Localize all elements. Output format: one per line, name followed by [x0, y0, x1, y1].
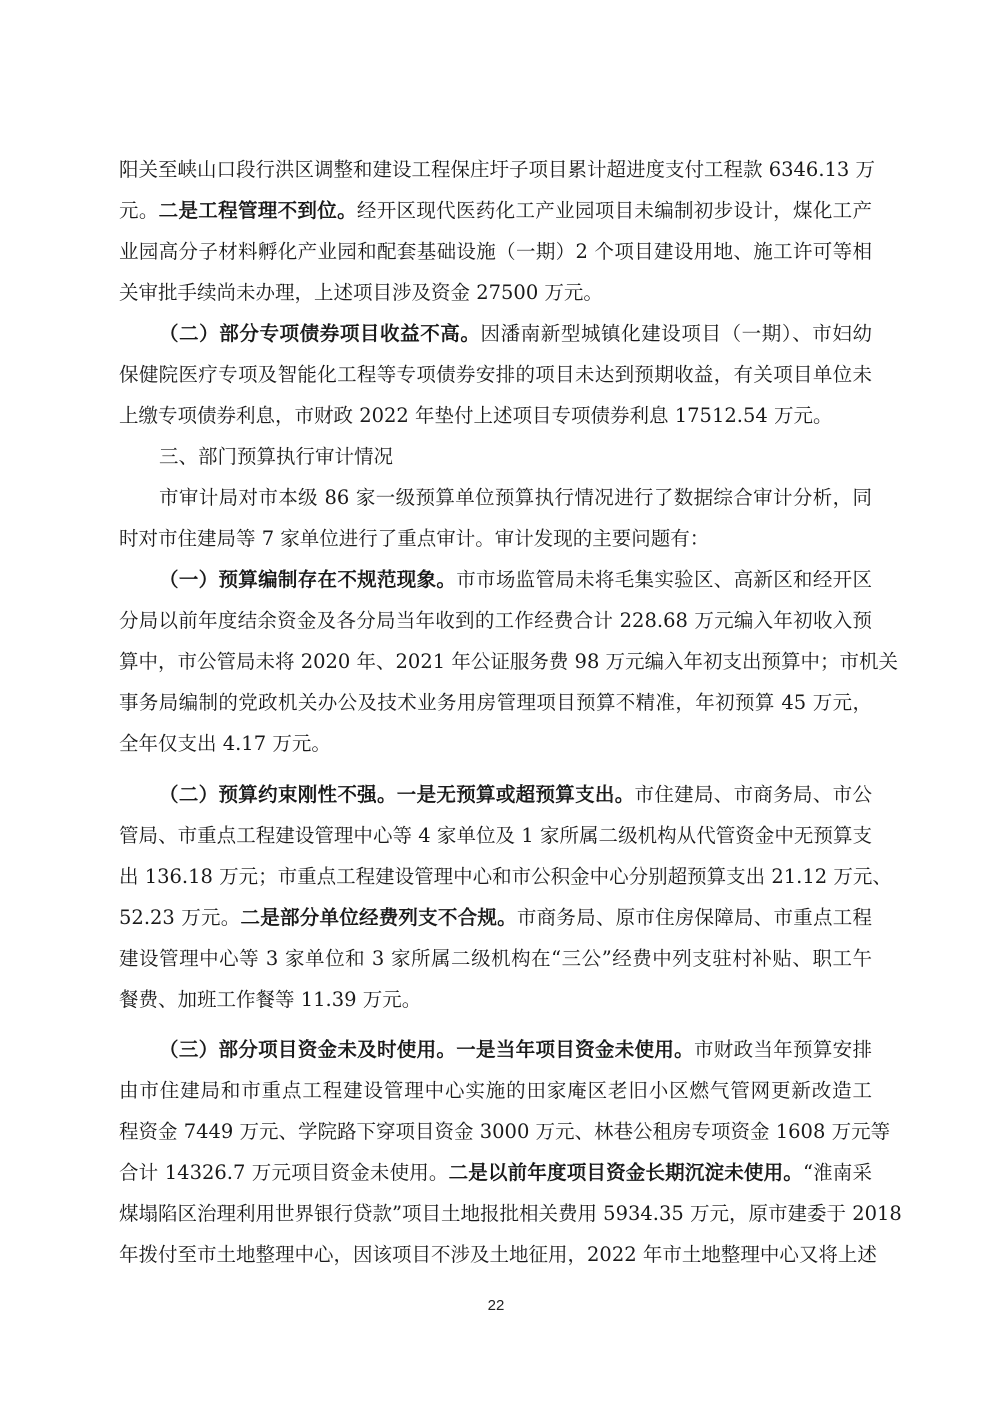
- text-run: 经开区现代医药化工产业园项目未编制初步设计，煤化工产: [357, 199, 872, 222]
- text-line: 事务局编制的党政机关办公及技术业务用房管理项目预算不精准，年初预算 45 万元，: [119, 682, 872, 723]
- text-line: （一）预算编制存在不规范现象。市市场监管局未将毛集实验区、高新区和经开区: [119, 559, 872, 600]
- text-run: 建设管理中心等 3 家单位和 3 家所属二级机构在“三公”经费中列支驻村补贴、职…: [119, 947, 872, 970]
- text-line: 煤塌陷区治理利用世界银行贷款”项目土地报批相关费用 5934.35 万元，原市建…: [119, 1193, 872, 1234]
- text-line: 由市住建局和市重点工程建设管理中心实施的田家庵区老旧小区燃气管网更新改造工: [119, 1070, 872, 1111]
- text-line: 餐费、加班工作餐等 11.39 万元。: [119, 979, 872, 1020]
- text-line: 阳关至峡山口段行洪区调整和建设工程保庄圩子项目累计超进度支付工程款 6346.1…: [119, 149, 872, 190]
- text-run: 管局、市重点工程建设管理中心等 4 家单位及 1 家所属二级机构从代管资金中无预…: [119, 824, 872, 847]
- text-line: 关审批手续尚未办理，上述项目涉及资金 27500 万元。: [119, 272, 872, 313]
- text-line: 上缴专项债券利息，市财政 2022 年垫付上述项目专项债券利息 17512.54…: [119, 395, 872, 436]
- text-run: 52.23 万元。: [119, 906, 241, 929]
- text-line: （二）预算约束刚性不强。一是无预算或超预算支出。市住建局、市商务局、市公: [119, 774, 872, 815]
- text-line: （二）部分专项债券项目收益不高。因潘南新型城镇化建设项目（一期）、市妇幼: [119, 313, 872, 354]
- text-line: 管局、市重点工程建设管理中心等 4 家单位及 1 家所属二级机构从代管资金中无预…: [119, 815, 872, 856]
- text-run: 由市住建局和市重点工程建设管理中心实施的田家庵区老旧小区燃气管网更新改造工: [119, 1079, 872, 1102]
- text-run: 因潘南新型城镇化建设项目（一期）、市妇幼: [480, 322, 872, 345]
- text-run: “淮南采: [803, 1161, 872, 1184]
- text-run: 市审计局对市本级 86 家一级预算单位预算执行情况进行了数据综合审计分析，同: [159, 486, 872, 509]
- bold-phrase: （二）部分专项债券项目收益不高。: [159, 322, 480, 345]
- bold-phrase: 二是以前年度项目资金长期沉淀未使用。: [449, 1161, 803, 1184]
- text-line: 保健院医疗专项及智能化工程等专项债券安排的项目未达到预期收益，有关项目单位未: [119, 354, 872, 395]
- text-line: 年拨付至市土地整理中心，因该项目不涉及土地征用，2022 年市土地整理中心又将上…: [119, 1234, 872, 1275]
- text-run: 市商务局、原市住房保障局、市重点工程: [517, 906, 872, 929]
- text-run: 全年仅支出 4.17 万元。: [119, 732, 331, 755]
- page-number: 22: [0, 1297, 992, 1314]
- text-line: 元。二是工程管理不到位。经开区现代医药化工产业园项目未编制初步设计，煤化工产: [119, 190, 872, 231]
- text-line: 建设管理中心等 3 家单位和 3 家所属二级机构在“三公”经费中列支驻村补贴、职…: [119, 938, 872, 979]
- text-run: 时对市住建局等 7 家单位进行了重点审计。审计发现的主要问题有：: [119, 527, 709, 550]
- bold-phrase: （二）预算约束刚性不强。一是无预算或超预算支出。: [159, 783, 635, 806]
- text-run: 阳关至峡山口段行洪区调整和建设工程保庄圩子项目累计超进度支付工程款 6346.1…: [119, 158, 875, 181]
- text-line: 分局以前年度结余资金及各分局当年收到的工作经费合计 228.68 万元编入年初收…: [119, 600, 872, 641]
- text-line: 合计 14326.7 万元项目资金未使用。二是以前年度项目资金长期沉淀未使用。“…: [119, 1152, 872, 1193]
- text-run: 餐费、加班工作餐等 11.39 万元。: [119, 988, 421, 1011]
- text-line: 市审计局对市本级 86 家一级预算单位预算执行情况进行了数据综合审计分析，同: [119, 477, 872, 518]
- text-run: 算中，市公管局未将 2020 年、2021 年公证服务费 98 万元编入年初支出…: [119, 650, 898, 673]
- text-run: 市财政当年预算安排: [694, 1038, 872, 1061]
- text-run: 分局以前年度结余资金及各分局当年收到的工作经费合计 228.68 万元编入年初收…: [119, 609, 872, 632]
- text-run: 元。: [119, 199, 159, 222]
- text-run: 市住建局、市商务局、市公: [635, 783, 872, 806]
- text-run: 合计 14326.7 万元项目资金未使用。: [119, 1161, 449, 1184]
- text-run: 煤塌陷区治理利用世界银行贷款”项目土地报批相关费用 5934.35 万元，原市建…: [119, 1202, 902, 1225]
- bold-phrase: 二是部分单位经费列支不合规。: [241, 906, 517, 929]
- text-line: 业园高分子材料孵化产业园和配套基础设施（一期）2 个项目建设用地、施工许可等相: [119, 231, 872, 272]
- text-run: 出 136.18 万元；市重点工程建设管理中心和市公积金中心分别超预算支出 21…: [119, 865, 892, 888]
- text-line: 时对市住建局等 7 家单位进行了重点审计。审计发现的主要问题有：: [119, 518, 872, 559]
- text-run: 保健院医疗专项及智能化工程等专项债券安排的项目未达到预期收益，有关项目单位未: [119, 363, 872, 386]
- text-run: 三、部门预算执行审计情况: [159, 445, 393, 468]
- text-line: （三）部分项目资金未及时使用。一是当年项目资金未使用。市财政当年预算安排: [119, 1029, 872, 1070]
- text-run: 上缴专项债券利息，市财政 2022 年垫付上述项目专项债券利息 17512.54…: [119, 404, 832, 427]
- text-line: 出 136.18 万元；市重点工程建设管理中心和市公积金中心分别超预算支出 21…: [119, 856, 872, 897]
- text-line: 程资金 7449 万元、学院路下穿项目资金 3000 万元、林巷公租房专项资金 …: [119, 1111, 872, 1152]
- text-line: 全年仅支出 4.17 万元。: [119, 723, 872, 764]
- text-run: 年拨付至市土地整理中心，因该项目不涉及土地征用，2022 年市土地整理中心又将上…: [119, 1243, 877, 1266]
- text-run: 事务局编制的党政机关办公及技术业务用房管理项目预算不精准，年初预算 45 万元，: [119, 691, 872, 714]
- bold-phrase: （三）部分项目资金未及时使用。一是当年项目资金未使用。: [159, 1038, 694, 1061]
- text-run: 业园高分子材料孵化产业园和配套基础设施（一期）2 个项目建设用地、施工许可等相: [119, 240, 872, 263]
- text-run: 关审批手续尚未办理，上述项目涉及资金 27500 万元。: [119, 281, 603, 304]
- text-line: 52.23 万元。二是部分单位经费列支不合规。市商务局、原市住房保障局、市重点工…: [119, 897, 872, 938]
- text-run: 市市场监管局未将毛集实验区、高新区和经开区: [456, 568, 872, 591]
- bold-phrase: 二是工程管理不到位。: [159, 199, 357, 222]
- bold-phrase: （一）预算编制存在不规范现象。: [159, 568, 456, 591]
- section-heading: 三、部门预算执行审计情况: [119, 436, 872, 477]
- text-line: 算中，市公管局未将 2020 年、2021 年公证服务费 98 万元编入年初支出…: [119, 641, 872, 682]
- text-run: 程资金 7449 万元、学院路下穿项目资金 3000 万元、林巷公租房专项资金 …: [119, 1120, 890, 1143]
